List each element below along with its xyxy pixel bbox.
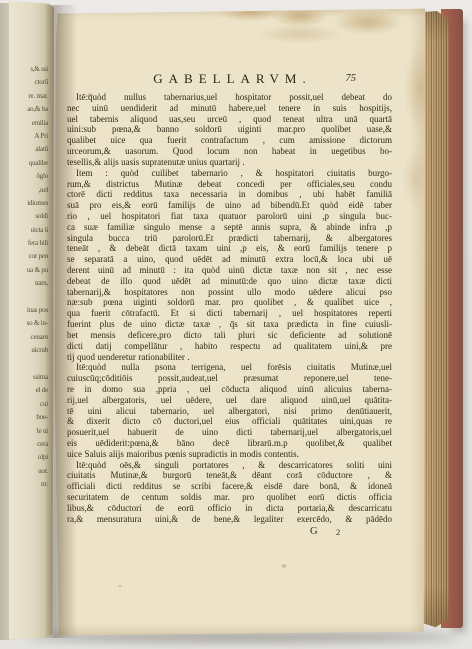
text-line: næ:sub pœna uiginti soldorū mar. pro quo… xyxy=(67,297,392,308)
text-fragment: boe- xyxy=(12,411,48,424)
text-line: urceorum,& uasorum. Quod locum non habea… xyxy=(67,146,392,157)
text-fragment: cenaro xyxy=(12,331,48,344)
text-line: rij,uel albergatoris, uel uēdere, uel da… xyxy=(67,395,392,406)
text-line: teneāt , & debeāt dictā taxam uini ,p ei… xyxy=(67,243,392,254)
text-fragment: nam, xyxy=(12,277,48,290)
text-fragment: olpi xyxy=(12,451,48,464)
text-line: re in domo sua ,ppria , uel cōducta aliq… xyxy=(67,384,392,395)
text-line: ra,& mensuratura uini,& de bene,& legali… xyxy=(67,514,392,525)
text-line: derent uinū ad minutū : ita quòd uinū di… xyxy=(67,265,392,276)
text-fragment: re. mar. xyxy=(12,90,48,103)
text-line: uel tabernis aliquod uas,seu urceū , quo… xyxy=(67,114,392,125)
text-line: ciuitatis Mutinæ,& burgorū teneāt,& dēan… xyxy=(67,470,392,481)
text-fragment: ua & pu xyxy=(12,264,48,277)
text-line: tij quod uenderetur rationabiliter . xyxy=(67,352,392,363)
running-header: GABELLARVM. 75 xyxy=(67,71,392,91)
text-fragment: ssima xyxy=(12,371,48,384)
text-line: tabernarij,& hospitatores non possint ul… xyxy=(67,287,392,298)
text-line: singula bucca triū parolorū.Et prædicti … xyxy=(67,233,392,244)
text-line: Itē:quòd nulla psona terrigena, uel forē… xyxy=(67,362,392,373)
text-line: ctorē dicti redditus taxa necessaria in … xyxy=(67,189,392,200)
signature-mark: G 2 xyxy=(67,526,392,540)
text-fragment: cera xyxy=(12,438,48,451)
text-fragment: soldi xyxy=(12,210,48,223)
text-line: se separatā a uino, quod uēdēt ad minutū… xyxy=(67,254,392,265)
text-fragment: ,uel xyxy=(12,184,48,197)
text-fragment: le ui xyxy=(12,425,48,438)
text-fragment: emilia xyxy=(12,117,48,130)
text-line: tē uini alicui tabernario, uel albergato… xyxy=(67,406,392,417)
text-line: dicti datij compellātur , habito respect… xyxy=(67,341,392,352)
text-fragment: s,& ssi xyxy=(12,63,48,76)
signature-letter: G xyxy=(310,526,318,537)
signature-number: 2 xyxy=(336,527,340,537)
text-line: qualibet uice qua fuerit contrafactum , … xyxy=(67,135,392,146)
text-line: securitatem de centum soldis mar. pro qu… xyxy=(67,492,392,503)
text-line: posuerit,uel habuerit de uino dicti tabe… xyxy=(67,427,392,438)
text-line: debeat de illo quod uēdēt ad minutū:de q… xyxy=(67,276,392,287)
text-fragment xyxy=(12,492,48,505)
text-fragment: A Pri xyxy=(12,130,48,143)
text-fragment: cor pen xyxy=(12,250,48,263)
text-fragment xyxy=(12,291,48,304)
text-line: tesellis,& alijs uasis supratenutæ unius… xyxy=(67,157,392,168)
text-line: uice Saluis alijs maioribus pœnis suprad… xyxy=(67,449,392,460)
text-line: Itē:quòd nullus tabernarius,uel hospitat… xyxy=(67,92,392,103)
text-fragment: so & in- xyxy=(12,317,48,330)
facing-page-leaf: s,& ssictorūre. mar.ao,& baemiliaA Prial… xyxy=(9,1,54,640)
text-line: Item : quòd cuilibet tabernario , & hosp… xyxy=(67,168,392,179)
text-fragment: ctorū xyxy=(12,76,48,89)
text-line: uini:sub pœna,& banno soldorū uiginti ma… xyxy=(67,124,392,135)
text-fragment: alatū xyxy=(12,143,48,156)
page-body-text: Itē:quòd nullus tabernarius,uel hospitat… xyxy=(67,92,392,525)
text-fragment: cui xyxy=(12,398,48,411)
text-fragment: uor. xyxy=(12,465,48,478)
text-line: bet mensis deficere,pro dicto tali pluri… xyxy=(67,330,392,341)
text-line: rio , uel hospitatori fiat taxa quatuor … xyxy=(67,211,392,222)
text-line: Itē:quòd oēs,& singuli portatores , & de… xyxy=(67,460,392,471)
facing-page-text-fragments: s,& ssictorūre. mar.ao,& baemiliaA Prial… xyxy=(12,63,48,518)
text-line: libus,& cōductori de eorū officio in dic… xyxy=(67,503,392,514)
text-line: eis uēdiderit:pœna,& bāno decē librarū.m… xyxy=(67,438,392,449)
text-block: GABELLARVM. 75 Itē:quòd nullus tabernari… xyxy=(67,71,392,540)
page-number: 75 xyxy=(346,73,357,84)
text-line: qua fuerit cōtrafactū. Et si dicti taber… xyxy=(67,308,392,319)
text-fragment: m: xyxy=(12,478,48,491)
text-fragment: uicrub xyxy=(12,344,48,357)
text-fragment: el de xyxy=(12,384,48,397)
text-fragment xyxy=(12,358,48,371)
recto-page: GABELLARVM. 75 Itē:quòd nullus tabernari… xyxy=(54,8,426,636)
text-fragment: qualibe xyxy=(12,157,48,170)
text-fragment: inas pos xyxy=(12,304,48,317)
text-line: cuiuscūq;cōditiōis possit,audeat,uel præ… xyxy=(67,373,392,384)
text-fragment: fera bili xyxy=(12,237,48,250)
text-line: fuerint plus de uino dictæ taxæ , q̄s si… xyxy=(67,319,392,330)
text-fragment xyxy=(12,505,48,518)
book-photo: s,& ssictorūre. mar.ao,& baemiliaA Prial… xyxy=(0,0,472,649)
page-stack-fore-edge xyxy=(422,11,449,629)
header-title: GABELLARVM. xyxy=(67,71,392,87)
text-line: ca suæ familiæ singulo mense a septē ann… xyxy=(67,222,392,233)
text-line: & dixerit dicto cō ductori,uel eius offi… xyxy=(67,416,392,427)
text-fragment: uicta ū xyxy=(12,224,48,237)
text-fragment: ōglo xyxy=(12,170,48,183)
text-line: officiali dicti redditus se scribi facer… xyxy=(67,481,392,492)
text-fragment: idiomes xyxy=(12,197,48,210)
text-line: nec uinū uendiderit ad minutū habere,uel… xyxy=(67,103,392,114)
text-fragment: ao,& ba xyxy=(12,103,48,116)
text-line: suā pro eis,& eorū familijs de uino ad b… xyxy=(67,200,392,211)
text-line: rum,& districtus Mutinæ debeat concedi p… xyxy=(67,179,392,190)
